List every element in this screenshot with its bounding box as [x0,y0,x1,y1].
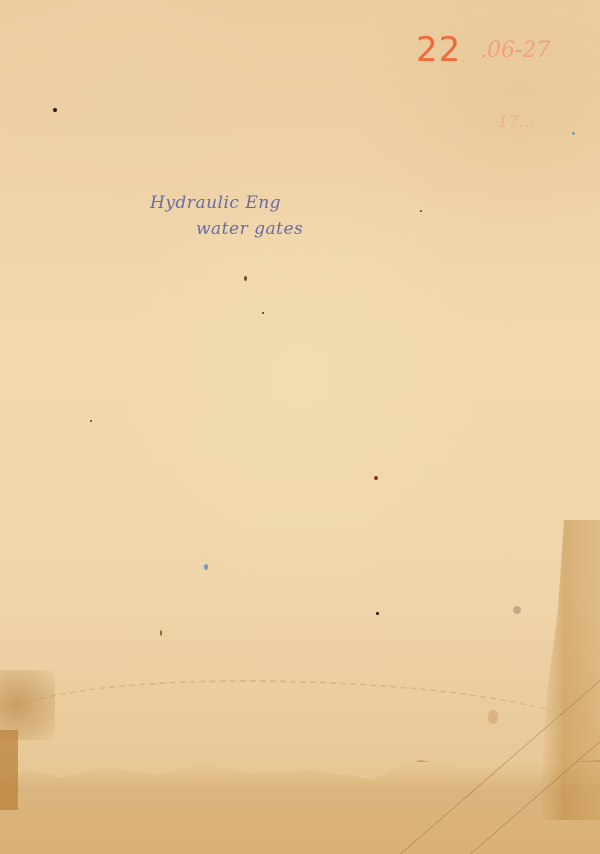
paper-speck [244,276,247,281]
paper-speck [420,210,422,212]
paper-speck [513,606,521,614]
document-page: 22 .06-27 17... Hydraulic Eng water gate… [0,0,600,854]
paper-speck [204,564,208,570]
handwritten-title: Hydraulic Eng water gates [150,190,350,242]
red-catalog-number: 22 [416,30,461,70]
paper-speck [90,420,92,422]
water-stain-bottom [0,760,600,854]
handwritten-line-1: Hydraulic Eng [150,190,350,216]
paper-speck [374,476,378,480]
paper-speck [160,630,162,636]
paper-speck [376,612,379,615]
paper-speck [488,710,498,724]
faint-pencil-annotation: 17... [498,112,534,131]
torn-tab-left [0,730,18,810]
paper-speck [53,108,57,112]
water-stain-right [540,520,600,820]
paper-speck [572,132,575,135]
red-catalog-suffix: .06-27 [480,38,550,63]
handwritten-line-2: water gates [150,216,350,242]
paper-speck [262,312,264,314]
